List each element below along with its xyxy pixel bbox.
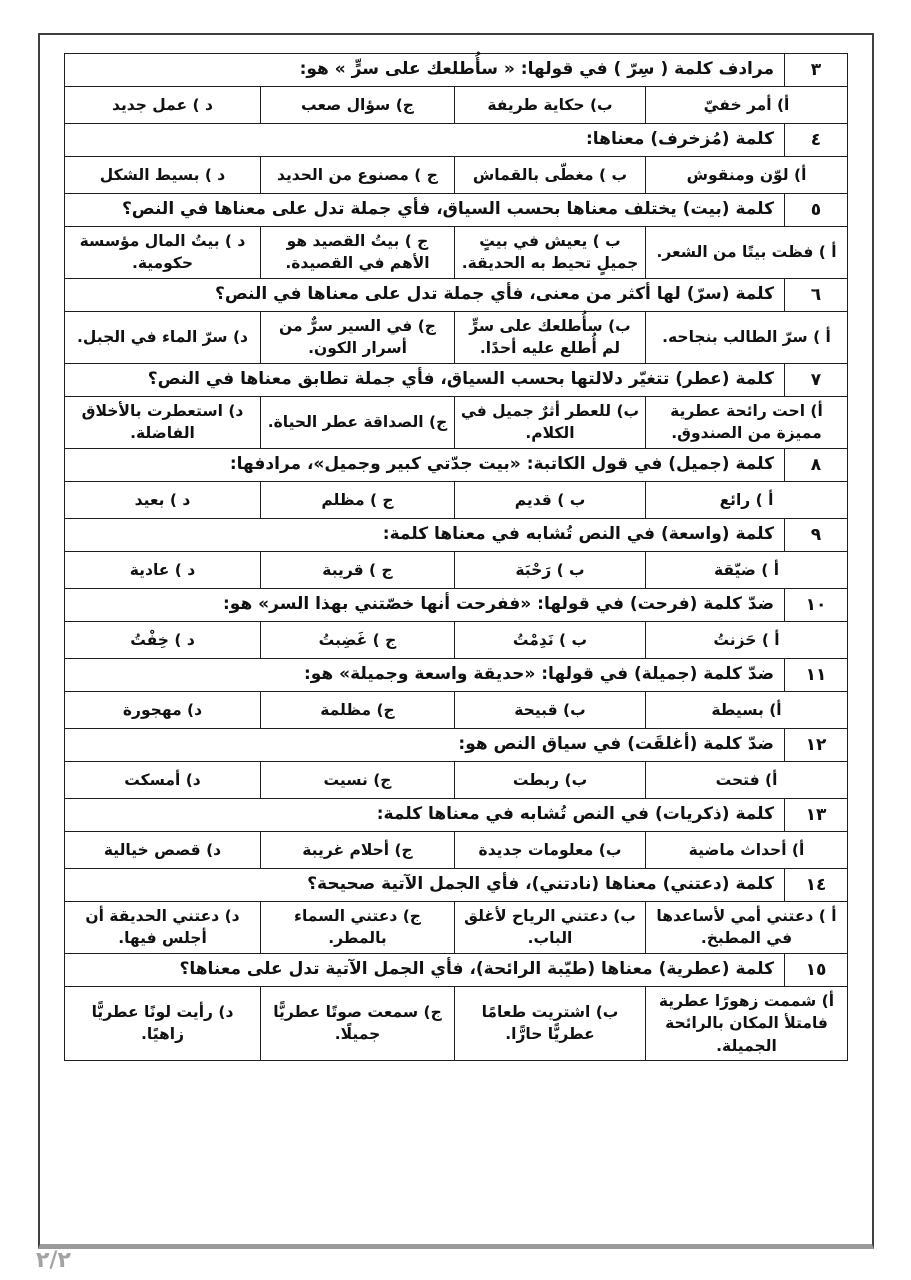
option-b: ب) للعطر أثرٌ جميل في الكلام. [455, 396, 646, 448]
question-number: ٣ [785, 54, 848, 87]
option-c: ج) نسيت [261, 761, 455, 798]
option-d: د) دعتني الحديقة أن أجلس فيها. [65, 901, 261, 953]
question-number: ١٥ [785, 953, 848, 986]
options-row: أ) بسيطةب) قبيحةج) مظلمةد) مهجورة [65, 691, 848, 728]
option-c: ج ) مظلم [261, 481, 455, 518]
option-b: ب) سأُطلعك على سرٍّ لم أُطلع عليه أحدًا. [455, 311, 646, 363]
question-text: مرادف كلمة ( سِرّ ) في قولها: « سأُطلعك … [65, 54, 785, 87]
option-d: د ) عمل جديد [65, 87, 261, 124]
question-row: ٥كلمة (بيت) يختلف معناها بحسب السياق، فأ… [65, 194, 848, 227]
question-row: ٧كلمة (عطر) تتغيّر دلالتها بحسب السياق، … [65, 363, 848, 396]
question-text: كلمة (بيت) يختلف معناها بحسب السياق، فأي… [65, 194, 785, 227]
option-a: أ) أمر خفيّ [646, 87, 848, 124]
question-number: ٤ [785, 124, 848, 157]
question-number: ١٠ [785, 588, 848, 621]
option-a: أ ) ضيّقة [646, 551, 848, 588]
question-number: ١٣ [785, 798, 848, 831]
option-c: ج ) مصنوع من الحديد [261, 157, 455, 194]
question-text: كلمة (جميل) في قول الكاتبة: «بيت جدّتي ك… [65, 448, 785, 481]
page-frame: ٣مرادف كلمة ( سِرّ ) في قولها: « سأُطلعك… [38, 33, 874, 1249]
question-row: ١٢ضدّ كلمة (أغلقَت) في سياق النص هو: [65, 728, 848, 761]
option-c: ج ) قريبة [261, 551, 455, 588]
question-number: ٨ [785, 448, 848, 481]
option-d: د) قصص خيالية [65, 831, 261, 868]
question-row: ١٤كلمة (دعتني) معناها (نادتني)، فأي الجم… [65, 868, 848, 901]
option-c: ج ) غَضِبتُ [261, 621, 455, 658]
option-a: أ ) حَزنتُ [646, 621, 848, 658]
option-a: أ) فتحت [646, 761, 848, 798]
option-c: ج) الصداقة عطر الحياة. [261, 396, 455, 448]
option-a: أ) لوّن ومنقوش [646, 157, 848, 194]
question-row: ٩كلمة (واسعة) في النص تُشابه في معناها ك… [65, 518, 848, 551]
option-a: أ ) رائع [646, 481, 848, 518]
question-row: ١٠ضدّ كلمة (فرحت) في قولها: «ففرحت أنها … [65, 588, 848, 621]
option-b: ب ) مغطّى بالقماش [455, 157, 646, 194]
option-a: أ ) فظت بيتًا من الشعر. [646, 227, 848, 279]
option-d: د) رأيت لونًا عطريًّا زاهيًا. [65, 986, 261, 1060]
option-b: ب ) قديم [455, 481, 646, 518]
question-row: ١٥كلمة (عطرية) معناها (طيّبة الرائحة)، ف… [65, 953, 848, 986]
option-c: ج) أحلام غريبة [261, 831, 455, 868]
option-c: ج) سؤال صعب [261, 87, 455, 124]
option-b: ب) اشتريت طعامًا عطريًّا حارًّا. [455, 986, 646, 1060]
option-b: ب) ربطت [455, 761, 646, 798]
question-number: ٩ [785, 518, 848, 551]
question-number: ٦ [785, 278, 848, 311]
option-a: أ) بسيطة [646, 691, 848, 728]
option-b: ب) معلومات جديدة [455, 831, 646, 868]
options-row: أ) احت رائحة عطرية مميزة من الصندوق.ب) ل… [65, 396, 848, 448]
options-row: أ) لوّن ومنقوشب ) مغطّى بالقماشج ) مصنوع… [65, 157, 848, 194]
option-b: ب) دعتني الرياح لأغلق الباب. [455, 901, 646, 953]
option-d: د ) عادية [65, 551, 261, 588]
question-text: كلمة (دعتني) معناها (نادتني)، فأي الجمل … [65, 868, 785, 901]
option-a: أ) شممت زهورًا عطرية فامتلأ المكان بالرا… [646, 986, 848, 1060]
option-b: ب) حكاية طريفة [455, 87, 646, 124]
question-text: كلمة (مُزخرف) معناها: [65, 124, 785, 157]
question-row: ٤كلمة (مُزخرف) معناها: [65, 124, 848, 157]
option-a: أ ) دعتني أمي لأساعدها في المطبخ. [646, 901, 848, 953]
option-c: ج) في السير سرٌّ من أسرار الكون. [261, 311, 455, 363]
question-text: كلمة (واسعة) في النص تُشابه في معناها كل… [65, 518, 785, 551]
options-row: أ ) فظت بيتًا من الشعر.ب ) يعيش في بيتٍ … [65, 227, 848, 279]
options-row: أ ) دعتني أمي لأساعدها في المطبخ.ب) دعتن… [65, 901, 848, 953]
option-b: ب) قبيحة [455, 691, 646, 728]
option-c: ج) مظلمة [261, 691, 455, 728]
option-b: ب ) يعيش في بيتٍ جميلٍ تحيط به الحديقة. [455, 227, 646, 279]
option-a: أ) احت رائحة عطرية مميزة من الصندوق. [646, 396, 848, 448]
question-text: كلمة (عطرية) معناها (طيّبة الرائحة)، فأي… [65, 953, 785, 986]
option-b: ب ) رَحْبَة [455, 551, 646, 588]
option-d: د) أمسكت [65, 761, 261, 798]
question-text: كلمة (سرّ) لها أكثر من معنى، فأي جملة تد… [65, 278, 785, 311]
option-d: د ) خِفْتُ [65, 621, 261, 658]
option-a: أ) أحداث ماضية [646, 831, 848, 868]
option-d: د) استعطرت بالأخلاق الفاضلة. [65, 396, 261, 448]
options-row: أ ) سرّ الطالب بنجاحه.ب) سأُطلعك على سرٍ… [65, 311, 848, 363]
option-a: أ ) سرّ الطالب بنجاحه. [646, 311, 848, 363]
option-d: د ) بسيط الشكل [65, 157, 261, 194]
question-row: ٦كلمة (سرّ) لها أكثر من معنى، فأي جملة ت… [65, 278, 848, 311]
option-c: ج ) بيتُ القصيد هو الأهم في القصيدة. [261, 227, 455, 279]
question-number: ٥ [785, 194, 848, 227]
options-row: أ) شممت زهورًا عطرية فامتلأ المكان بالرا… [65, 986, 848, 1060]
questions-table: ٣مرادف كلمة ( سِرّ ) في قولها: « سأُطلعك… [64, 53, 848, 1061]
option-c: ج) دعتني السماء بالمطر. [261, 901, 455, 953]
page-number: ٢/٢ [36, 1248, 71, 1273]
question-text: ضدّ كلمة (فرحت) في قولها: «ففرحت أنها خص… [65, 588, 785, 621]
options-row: أ ) حَزنتُب ) نَدِمْتُج ) غَضِبتُد ) خِف… [65, 621, 848, 658]
options-row: أ) أمر خفيّب) حكاية طريفةج) سؤال صعبد ) … [65, 87, 848, 124]
question-row: ١١ضدّ كلمة (جميلة) في قولها: «حديقة واسع… [65, 658, 848, 691]
option-d: د ) بيتُ المال مؤسسة حكومية. [65, 227, 261, 279]
question-row: ١٣كلمة (ذكريات) في النص تُشابه في معناها… [65, 798, 848, 831]
option-b: ب ) نَدِمْتُ [455, 621, 646, 658]
question-text: ضدّ كلمة (جميلة) في قولها: «حديقة واسعة … [65, 658, 785, 691]
exam-page: { "document": { "page_indicator": "٢/٢" … [0, 0, 911, 1280]
question-number: ١٤ [785, 868, 848, 901]
options-row: أ ) رائعب ) قديمج ) مظلمد ) بعيد [65, 481, 848, 518]
options-row: أ ) ضيّقةب ) رَحْبَةج ) قريبةد ) عادية [65, 551, 848, 588]
question-row: ٣مرادف كلمة ( سِرّ ) في قولها: « سأُطلعك… [65, 54, 848, 87]
options-row: أ) أحداث ماضيةب) معلومات جديدةج) أحلام غ… [65, 831, 848, 868]
option-c: ج) سمعت صوتًا عطريًّا جميلًا. [261, 986, 455, 1060]
option-d: د) مهجورة [65, 691, 261, 728]
question-number: ١١ [785, 658, 848, 691]
question-number: ٧ [785, 363, 848, 396]
question-number: ١٢ [785, 728, 848, 761]
questions-table-body: ٣مرادف كلمة ( سِرّ ) في قولها: « سأُطلعك… [65, 54, 848, 1061]
options-row: أ) فتحتب) ربطتج) نسيتد) أمسكت [65, 761, 848, 798]
question-text: كلمة (ذكريات) في النص تُشابه في معناها ك… [65, 798, 785, 831]
question-text: كلمة (عطر) تتغيّر دلالتها بحسب السياق، ف… [65, 363, 785, 396]
question-text: ضدّ كلمة (أغلقَت) في سياق النص هو: [65, 728, 785, 761]
question-row: ٨كلمة (جميل) في قول الكاتبة: «بيت جدّتي … [65, 448, 848, 481]
option-d: د) سرّ الماء في الجبل. [65, 311, 261, 363]
option-d: د ) بعيد [65, 481, 261, 518]
